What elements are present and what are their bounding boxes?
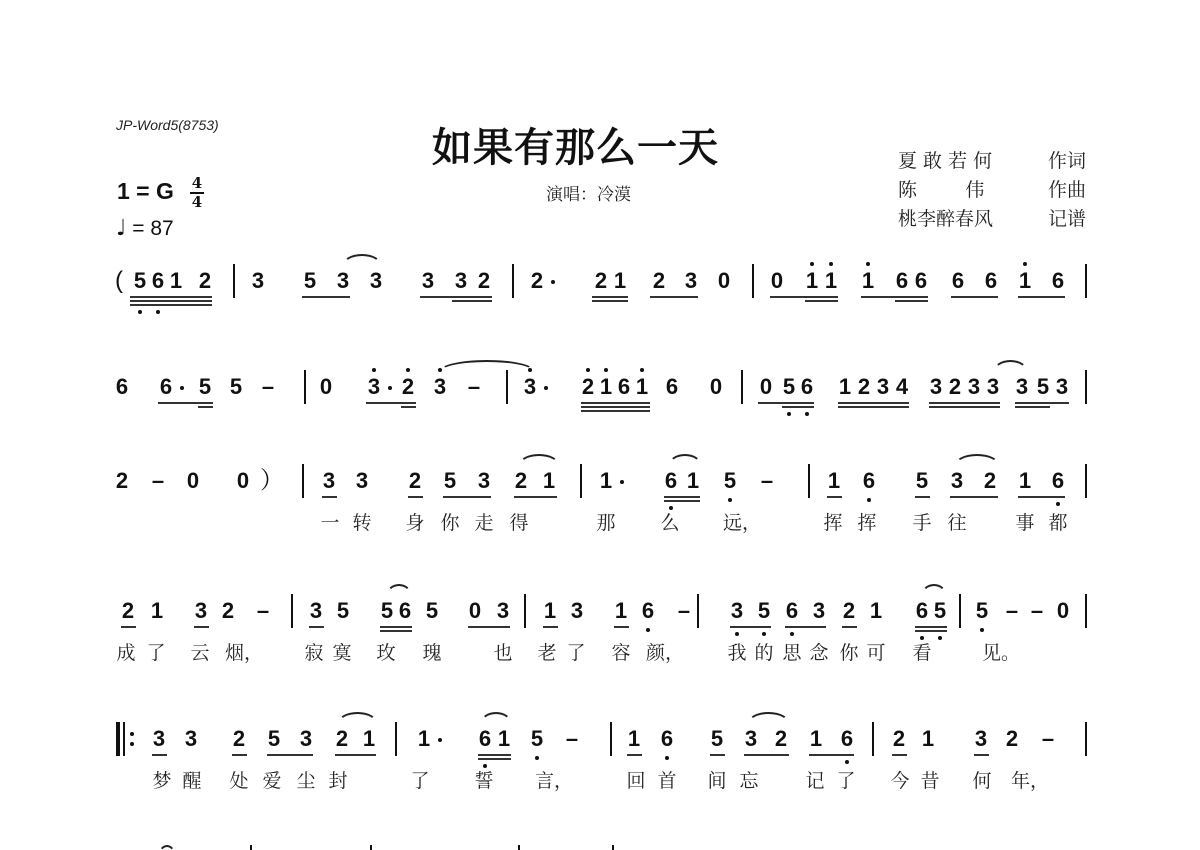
note: 2	[593, 268, 609, 294]
lyric-syllable: 身	[404, 512, 426, 534]
slur-arc	[518, 454, 560, 466]
augmentation-dot	[388, 386, 392, 390]
credit-lyricist: 夏 敢 若 何作词	[898, 147, 1086, 176]
lyric-syllable: 誓	[473, 770, 495, 792]
note: 3	[495, 598, 511, 624]
note: 1	[541, 468, 557, 494]
barline	[512, 264, 514, 298]
low-octave-dot	[845, 760, 849, 764]
note: 6	[784, 598, 800, 624]
beam-underline	[710, 754, 725, 756]
slur-arc	[747, 712, 790, 724]
note: 0	[769, 268, 785, 294]
beam-underline	[420, 296, 492, 298]
note: 1	[416, 726, 432, 752]
beam-underline	[842, 626, 857, 628]
lyric-syllable: 了	[409, 770, 431, 792]
note: –	[564, 726, 580, 752]
note: 3	[949, 468, 965, 494]
note: 2	[891, 726, 907, 752]
barline	[741, 370, 743, 404]
lyric-syllable: 首	[656, 770, 678, 792]
note: 3	[366, 374, 382, 400]
note: 1	[685, 468, 701, 494]
beam-underline	[121, 626, 136, 628]
lyric-syllable: 今	[889, 770, 911, 792]
beam-underline	[130, 296, 212, 298]
lyric-syllable: 尘	[295, 770, 317, 792]
lyric-syllable: 回	[625, 770, 647, 792]
barline	[506, 370, 508, 404]
lyric-syllable: 挥	[822, 512, 844, 534]
tempo-marking: ♩ = 87	[116, 216, 174, 241]
note: 6	[640, 598, 656, 624]
barline	[524, 594, 526, 628]
beam-underline	[1015, 402, 1069, 404]
note: 0	[185, 468, 201, 494]
lyric-syllable: 事	[1014, 512, 1036, 534]
note: 1	[612, 268, 628, 294]
note: 6	[914, 598, 930, 624]
beam-underline	[232, 754, 247, 756]
lyric-syllable: 烟，	[225, 642, 247, 664]
lyric-syllable: 得	[508, 512, 530, 534]
note: 3	[683, 268, 699, 294]
time-signature: 4 4	[190, 176, 204, 210]
note: 2	[334, 726, 350, 752]
note: 0	[716, 268, 732, 294]
low-octave-dot	[483, 764, 487, 768]
barline	[1085, 264, 1087, 298]
lyric-syllable: 梦	[151, 770, 173, 792]
note: 1	[826, 468, 842, 494]
low-octave-dot	[535, 756, 539, 760]
note: 6	[861, 468, 877, 494]
beam-underline	[770, 296, 838, 298]
barline-partial	[250, 845, 252, 850]
beam-underline	[805, 300, 838, 302]
lyric-syllable: 往	[946, 512, 968, 534]
beam-underline	[130, 304, 212, 306]
lyric-syllable: 可	[865, 642, 887, 664]
note: 2	[197, 268, 213, 294]
note: 0	[708, 374, 724, 400]
note: 6	[664, 374, 680, 400]
beam-underline	[130, 300, 212, 302]
note: 3	[875, 374, 891, 400]
lyric-syllable: 都	[1047, 512, 1069, 534]
beam-underline	[929, 406, 1000, 408]
beam-underline	[838, 406, 909, 408]
lyric-syllable: 走	[473, 512, 495, 534]
lyric-syllable: 间	[706, 770, 728, 792]
note: 1	[808, 726, 824, 752]
slur-arc	[337, 712, 378, 724]
beam-underline	[335, 754, 376, 756]
beam-underline	[730, 626, 771, 628]
augmentation-dot	[620, 480, 624, 484]
note: 3	[151, 726, 167, 752]
beam-underline	[452, 300, 492, 302]
note: 6	[913, 268, 929, 294]
slur-arc	[480, 712, 512, 724]
slur-arc	[993, 360, 1028, 372]
note: 6	[659, 726, 675, 752]
low-octave-dot	[938, 636, 942, 640]
slur-arc	[158, 845, 176, 850]
augmentation-dot	[544, 386, 548, 390]
augmentation-dot	[551, 280, 555, 284]
beam-underline	[1015, 406, 1050, 408]
barline	[872, 722, 874, 756]
beam-underline	[158, 402, 213, 404]
note: –	[759, 468, 775, 494]
low-octave-dot	[787, 412, 791, 416]
note: 3	[420, 268, 436, 294]
beam-underline	[744, 754, 789, 756]
note: 3	[743, 726, 759, 752]
note: ）	[260, 468, 276, 494]
note: 3	[811, 598, 827, 624]
note: 3	[335, 268, 351, 294]
note: 5	[335, 598, 351, 624]
beam-underline	[380, 626, 412, 628]
note: 3	[1054, 374, 1070, 400]
beam-underline	[861, 296, 928, 298]
beam-underline	[782, 406, 814, 408]
beam-underline	[581, 410, 650, 412]
beam-underline	[627, 754, 642, 756]
note: 6	[983, 268, 999, 294]
note: –	[1029, 598, 1045, 624]
note: 2	[773, 726, 789, 752]
note: 2	[841, 598, 857, 624]
beam-underline	[302, 296, 350, 298]
note: 1	[168, 268, 184, 294]
note: 1	[542, 598, 558, 624]
song-title: 如果有那么一天	[432, 116, 719, 173]
lyric-syllable: 爱	[261, 770, 283, 792]
note: 5	[442, 468, 458, 494]
note: 5	[1035, 374, 1051, 400]
note: 2	[1004, 726, 1020, 752]
note: 5	[932, 598, 948, 624]
beam-underline	[267, 754, 313, 756]
note: 3	[966, 374, 982, 400]
note: 3	[569, 598, 585, 624]
beam-underline	[915, 630, 947, 632]
note: –	[1040, 726, 1056, 752]
barline-partial	[370, 845, 372, 850]
note: 1	[868, 598, 884, 624]
note: 1	[920, 726, 936, 752]
note: 1	[804, 268, 820, 294]
lyric-syllable: 玫	[375, 642, 397, 664]
lyric-syllable: 记	[804, 770, 826, 792]
lyric-syllable: 的	[753, 642, 775, 664]
beam-underline	[951, 296, 998, 298]
beam-underline	[827, 496, 842, 498]
note: 2	[407, 468, 423, 494]
low-octave-dot	[735, 632, 739, 636]
note: 3	[476, 468, 492, 494]
singer-label: 演唱：冷漠	[546, 180, 631, 205]
barline	[302, 464, 304, 498]
lyric-syllable: 醒	[181, 770, 203, 792]
beam-underline	[309, 626, 324, 628]
note: 2	[114, 468, 130, 494]
note: 3	[183, 726, 199, 752]
lyric-syllable: 昔	[919, 770, 941, 792]
note: 1	[496, 726, 512, 752]
note: 2	[947, 374, 963, 400]
beam-underline	[950, 496, 998, 498]
lyric-syllable: 转	[351, 512, 373, 534]
note: 1	[1017, 268, 1033, 294]
low-octave-dot	[920, 636, 924, 640]
note: 6	[1050, 468, 1066, 494]
barline	[1085, 370, 1087, 404]
note: –	[466, 374, 482, 400]
beam-underline	[592, 300, 628, 302]
beam-underline	[915, 496, 930, 498]
barline	[395, 722, 397, 756]
barline	[291, 594, 293, 628]
note: 6	[158, 374, 174, 400]
note: 5	[781, 374, 797, 400]
note: 3	[522, 374, 538, 400]
lyric-syllable: 你	[838, 642, 860, 664]
beam-underline	[1018, 296, 1065, 298]
note: 0	[1055, 598, 1071, 624]
barline	[959, 594, 961, 628]
low-octave-dot	[646, 628, 650, 632]
beam-underline	[838, 402, 909, 404]
note: 5	[228, 374, 244, 400]
beam-underline	[401, 406, 416, 408]
note: 1	[634, 374, 650, 400]
note: 2	[476, 268, 492, 294]
note: 1	[613, 598, 629, 624]
lyric-syllable: 那	[595, 512, 617, 534]
note: 1	[598, 374, 614, 400]
note: 1	[598, 468, 614, 494]
note: 3	[368, 268, 384, 294]
low-octave-dot	[1056, 502, 1060, 506]
note: 6	[663, 468, 679, 494]
note: 1	[1017, 468, 1033, 494]
lyric-syllable: 你	[439, 512, 461, 534]
barline	[752, 264, 754, 298]
note: 2	[856, 374, 872, 400]
note: 5	[529, 726, 545, 752]
beam-underline	[366, 402, 416, 404]
note: 3	[321, 468, 337, 494]
credit-transcriber: 桃李醉春风记谱	[898, 205, 1086, 234]
slur-arc	[342, 254, 382, 266]
lyric-syllable: 封	[327, 770, 349, 792]
repeat-start-barline	[116, 722, 120, 756]
beam-underline	[929, 402, 1000, 404]
credits-block: 夏 敢 若 何作词 陈 伟作曲 桃李醉春风记谱	[898, 147, 1086, 234]
augmentation-dot	[438, 738, 442, 742]
key-signature: 1 = G	[117, 178, 174, 205]
low-octave-dot	[156, 310, 160, 314]
lyric-syllable: 么	[659, 512, 681, 534]
lyric-syllable: 一	[319, 512, 341, 534]
quarter-note-icon: ♩	[116, 216, 126, 241]
lyric-syllable: 见。	[982, 642, 1004, 664]
note: 3	[729, 598, 745, 624]
slur-arc	[668, 454, 702, 466]
beam-underline	[468, 626, 510, 628]
slur-arc	[438, 360, 536, 372]
note: 1	[626, 726, 642, 752]
slur-arc	[954, 454, 1000, 466]
beam-underline	[1018, 496, 1065, 498]
note: 3	[354, 468, 370, 494]
note: 5	[302, 268, 318, 294]
barline	[808, 464, 810, 498]
note: 6	[114, 374, 130, 400]
note: 5	[424, 598, 440, 624]
note: 3	[250, 268, 266, 294]
beam-underline	[664, 500, 700, 502]
note: 6	[477, 726, 493, 752]
lyric-syllable: 处	[228, 770, 250, 792]
lyric-syllable: 何	[971, 770, 993, 792]
barline	[304, 370, 306, 404]
note: 1	[837, 374, 853, 400]
barline	[610, 722, 612, 756]
note: 3	[308, 598, 324, 624]
beam-underline	[614, 626, 629, 628]
low-octave-dot	[728, 498, 732, 502]
lyric-syllable: 忘	[738, 770, 760, 792]
note: 6	[397, 598, 413, 624]
note: 6	[1050, 268, 1066, 294]
note: 6	[839, 726, 855, 752]
note: 5	[914, 468, 930, 494]
lyric-syllable: 手	[911, 512, 933, 534]
note: 3	[928, 374, 944, 400]
lyric-syllable: 我	[726, 642, 748, 664]
note: 3	[973, 726, 989, 752]
beam-underline	[809, 754, 854, 756]
note: 5	[974, 598, 990, 624]
barline	[580, 464, 582, 498]
beam-underline	[592, 296, 628, 298]
lyric-syllable: 思	[781, 642, 803, 664]
low-octave-dot	[867, 498, 871, 502]
beam-underline	[198, 406, 213, 408]
note: 2	[513, 468, 529, 494]
beam-underline	[581, 406, 650, 408]
note: 5	[379, 598, 395, 624]
note: –	[1004, 598, 1020, 624]
repeat-dot	[130, 732, 134, 736]
note: 3	[298, 726, 314, 752]
slur-arc	[386, 584, 412, 596]
low-octave-dot	[669, 506, 673, 510]
note: 2	[231, 726, 247, 752]
note: 5	[197, 374, 213, 400]
note: –	[260, 374, 276, 400]
note: 5	[756, 598, 772, 624]
beam-underline	[758, 402, 814, 404]
lyric-syllable: 远，	[723, 512, 745, 534]
note: 3	[193, 598, 209, 624]
lyric-syllable: 言，	[535, 770, 557, 792]
repeat-thin-barline	[123, 722, 125, 756]
note: 5	[132, 268, 148, 294]
barline	[1085, 464, 1087, 498]
beam-underline	[543, 626, 558, 628]
note: 6	[150, 268, 166, 294]
lyric-syllable: 瑰	[421, 642, 443, 664]
barline	[697, 594, 699, 628]
barline	[233, 264, 235, 298]
beam-underline	[785, 626, 826, 628]
lyric-syllable: 成	[115, 642, 137, 664]
note: 6	[894, 268, 910, 294]
low-octave-dot	[665, 756, 669, 760]
note: 6	[799, 374, 815, 400]
lyric-syllable: 看	[911, 642, 933, 664]
note: 0	[758, 374, 774, 400]
lyric-syllable: 了	[835, 770, 857, 792]
lyric-syllable: 云	[189, 642, 211, 664]
note: 2	[580, 374, 596, 400]
note: 2	[120, 598, 136, 624]
barline	[1085, 594, 1087, 628]
lyric-syllable: 也	[492, 642, 514, 664]
barline	[1085, 722, 1087, 756]
lyric-syllable: 寞	[331, 642, 353, 664]
lyric-syllable: 了	[565, 642, 587, 664]
note: 3	[432, 374, 448, 400]
beam-underline	[478, 758, 511, 760]
slur-arc	[921, 584, 947, 596]
beam-underline	[478, 754, 511, 756]
note: 5	[722, 468, 738, 494]
barline-partial	[518, 845, 520, 850]
repeat-dot	[130, 742, 134, 746]
note: 1	[823, 268, 839, 294]
beam-underline	[892, 754, 907, 756]
low-octave-dot	[138, 310, 142, 314]
note: 1	[860, 268, 876, 294]
software-label: JP-Word5(8753)	[116, 117, 219, 133]
beam-underline	[152, 754, 167, 756]
low-octave-dot	[790, 632, 794, 636]
note: 0	[467, 598, 483, 624]
note: 1	[149, 598, 165, 624]
barline-partial	[612, 845, 614, 850]
note: 6	[950, 268, 966, 294]
note: (	[111, 268, 127, 294]
beam-underline	[581, 402, 650, 404]
note: 3	[985, 374, 1001, 400]
lyric-syllable: 了	[145, 642, 167, 664]
lyric-syllable: 念	[808, 642, 830, 664]
note: 2	[651, 268, 667, 294]
note: 4	[894, 374, 910, 400]
credit-composer: 陈 伟作曲	[898, 176, 1086, 205]
beam-underline	[664, 496, 700, 498]
note: 6	[616, 374, 632, 400]
beam-underline	[514, 496, 557, 498]
